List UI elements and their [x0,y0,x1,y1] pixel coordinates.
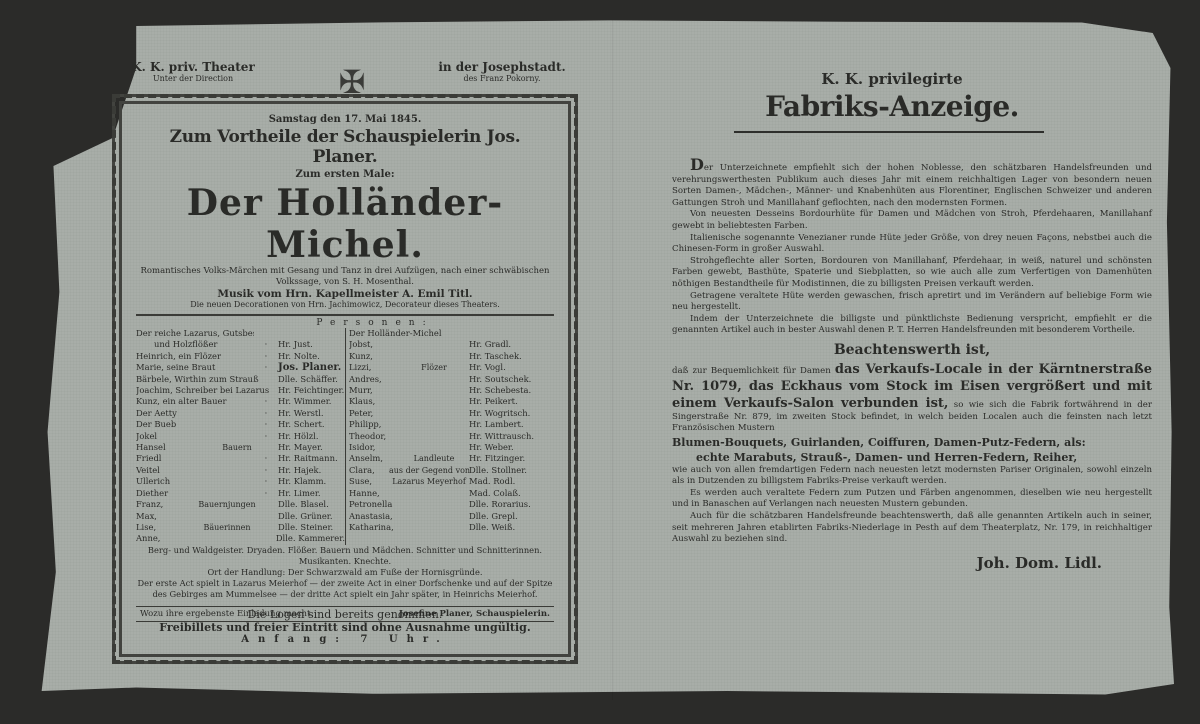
feathers-line-1: Blumen-Bouquets, Guirlanden, Coiffuren, … [672,435,1152,450]
actor: Dlle. Weiß. [469,522,515,533]
group-label [399,442,469,453]
cast-row: Anselm,LandleuteHr. Fitzinger. [349,453,554,464]
role: Der Bueb [136,419,254,430]
group-label [399,339,469,350]
cast-row: Suse,Lazarus MeyerhofMad. Rodl. [349,476,554,487]
cast-row: HanselBauernHr. Mayer. [136,442,345,453]
group-label [399,488,469,499]
play-subtitle: Romantisches Volks-Märchen mit Gesang un… [136,266,554,288]
role: Joachim, Schreiber bei Lazarus [136,385,278,396]
role: Hanne, [349,488,399,499]
paragraph: wie auch von allen fremdartigen Federn n… [672,465,1152,488]
role: Friedl [136,453,254,464]
feathers-line-2: echte Marabuts, Strauß-, Damen- und Herr… [672,450,1152,465]
ditto: · [254,465,278,476]
actor: Hr. Hajek. [278,465,321,476]
playbill-header: K. K. priv. Theater Unter der Direction … [108,60,582,96]
cast-row: Friedl·Hr. Raitmann. [136,453,345,464]
group-label [399,522,469,533]
paragraph: Der Unterzeichnete empfiehlt sich der ho… [672,159,1152,209]
paragraph: Auch für die schätzbaren Handelsfreunde … [672,511,1152,546]
actor: Hr. Klamm. [278,476,326,487]
cast-row: Max,Dlle. Grüner. [136,511,345,522]
ad-signature: Joh. Dom. Lidl. [672,554,1102,572]
title-rule [734,131,1044,133]
cast-column-right: Der Holländer-Michel Jobst,Hr. Gradl. Ku… [345,328,554,545]
cast-row: Der Holländer-Michel [349,328,554,339]
role: Diether [136,488,254,499]
ad-privilege-line: K. K. privilegirte [632,70,1152,88]
cast-row: Theodor,Hr. Wittrausch. [349,431,554,442]
role: Lise, [136,522,176,533]
paragraph-text: er Unterzeichnete empfiehlt sich der hoh… [672,163,1152,208]
performance-date: Samstag den 17. Mai 1845. [136,114,554,125]
cast-row: Veitel·Hr. Hajek. [136,465,345,476]
group-label: Bauernjungen [176,499,278,510]
paragraph: Italienische sogenannte Venezianer runde… [672,233,1152,256]
actor: Hr. Peikert. [469,396,518,407]
music-credit: Musik vom Hrn. Kapellmeister A. Emil Tit… [136,288,554,300]
ditto: · [254,476,278,487]
acts-description: Der erste Act spielt in Lazarus Meierhof… [136,578,554,600]
ornamental-border: Samstag den 17. Mai 1845. Zum Vortheile … [112,94,578,664]
cast-heading: Personen: [196,318,554,328]
role: Isidor, [349,442,399,453]
cast-row: Jokel·Hr. Hölzl. [136,431,345,442]
role: Anne, [136,533,276,544]
actor: Dlle. Rorarius. [469,499,531,510]
center-fold [612,20,613,700]
role: Der Holländer-Michel [349,328,549,339]
cast-row: Clara,aus der Gegend vonDlle. Stollner. [349,465,554,476]
cast-row: Lizzi,FlözerHr. Vogl. [349,362,554,373]
ditto: · [254,431,278,442]
playbill-footer: Die Logen sind bereits genommen. Freibil… [108,608,582,645]
extras-list: Berg- und Waldgeister. Dryaden. Flößer. … [136,545,554,567]
cast-column-left: Der reiche Lazarus, Gutsbesitzer und Hol… [136,328,345,545]
actor: Dlle. Steiner. [278,522,333,533]
cast-row: Lise,BäuerinnenDlle. Steiner. [136,522,345,533]
cast-row: Isidor,Hr. Weber. [349,442,554,453]
theatre-name-left: K. K. priv. Theater Unter der Direction [118,60,268,83]
setting-line: Ort der Handlung: Der Schwarzwald am Fuß… [136,567,554,578]
paragraph: Indem der Unterzeichnete die billigste u… [672,314,1152,337]
theatre-name-right: in der Josephstadt. des Franz Pokorny. [422,60,582,83]
play-title: Der Holländer-Michel. [136,182,554,266]
actor: Dlle. Kammerer. [276,533,345,544]
actor: Hr. Raitmann. [278,453,338,464]
direction-label: Unter der Direction [118,74,268,83]
role: Der reiche Lazarus, Gutsbesitzer [136,328,254,339]
cast-row: Kunz, ein alter Bauer·Hr. Wimmer. [136,396,345,407]
role: Andres, [349,374,399,385]
notice-heading: Beachtenswerth ist, [672,345,1152,357]
playbill-body: Samstag den 17. Mai 1845. Zum Vortheile … [136,114,554,622]
ditto: · [254,488,278,499]
role: Kunz, ein alter Bauer [136,396,254,407]
notice-intro: daß zur Bequemlichkeit für Damen [672,366,831,376]
ditto: · [254,339,278,350]
actor: Mad. Colaß. [469,488,521,499]
actor: Hr. Gradl. [469,339,511,350]
role: Anastasia, [349,511,399,522]
cast-row: PetronellaDlle. Rorarius. [349,499,554,510]
role: Heinrich, ein Flözer [136,351,254,362]
role: Anselm, [349,453,399,464]
actor: Hr. Feichtinger. [278,385,344,396]
role: Franz, [136,499,176,510]
notice-paragraph: daß zur Bequemlichkeit für Damen das Ver… [672,361,1152,435]
group-label [399,419,469,430]
ditto: · [254,351,278,362]
group-label: Bäuerinnen [176,522,278,533]
paragraph: Von neuesten Desseins Bordourhüte für Da… [672,209,1152,232]
ditto: · [254,362,278,373]
group-label [399,374,469,385]
role: Katharina, [349,522,399,533]
role: Petronella [349,499,399,510]
role: Suse, [349,476,389,487]
role: Kunz, [349,351,399,362]
benefit-line: Zum Vortheile der Schauspielerin Jos. Pl… [136,127,554,167]
ditto: · [254,396,278,407]
group-label [399,431,469,442]
ad-title: Fabriks-Anzeige. [632,90,1152,123]
cast-row: Der Aetty·Hr. Werstl. [136,408,345,419]
group-label [399,385,469,396]
role: Ullerich [136,476,254,487]
paragraph: Getragene veraltete Hüte werden gewasche… [672,291,1152,314]
theatre-location: in der Josephstadt. [422,60,582,74]
paragraph: Es werden auch veraltete Federn zum Putz… [672,488,1152,511]
drop-cap: D [690,155,704,174]
cast-row: Jobst,Hr. Gradl. [349,339,554,350]
role: Der Aetty [136,408,254,419]
role: Clara, [349,465,389,476]
actor: Hr. Mayer. [278,442,323,453]
role: Philipp, [349,419,399,430]
actor: Hr. Werstl. [278,408,324,419]
premiere-note: Zum ersten Male: [136,169,554,180]
boxes-notice: Die Logen sind bereits genommen. [108,608,582,621]
actor: Dlle. Schäffer. [278,374,338,385]
actor: Hr. Hölzl. [278,431,319,442]
cast-row: Andres,Hr. Soutschek. [349,374,554,385]
cast-row: Diether·Hr. Limer. [136,488,345,499]
tickets-notice: Freibillets und freier Eintritt sind ohn… [108,621,582,634]
playbill-page: K. K. priv. Theater Unter der Direction … [108,60,582,660]
cast-row: Franz,BauernjungenDlle. Blasel. [136,499,345,510]
group-label [399,511,469,522]
group-label: Bauern [196,442,278,453]
cast-row: Ullerich·Hr. Klamm. [136,476,345,487]
actor: Hr. Fitzinger. [469,453,525,464]
cast-list: Der reiche Lazarus, Gutsbesitzer und Hol… [136,328,554,545]
start-time: Anfang: 7 Uhr. [108,634,582,645]
actor: Mad. Rodl. [469,476,515,487]
actor: Dlle. Blasel. [278,499,329,510]
ditto: · [254,453,278,464]
actor: Hr. Weber. [469,442,514,453]
divider [136,314,554,316]
role: Lizzi, [349,362,399,373]
role: Murr, [349,385,399,396]
actor: Hr. Just. [278,339,313,350]
cast-row: Marie, seine Braut·Jos. Planer. [136,362,345,373]
actor: Hr. Limer. [278,488,321,499]
actor: Dlle. Stollner. [469,465,527,476]
role: Bärbele, Wirthin zum Strauß [136,374,278,385]
actor: Hr. Lambert. [469,419,524,430]
actor: Hr. Wogritsch. [469,408,530,419]
cast-row: Anastasia,Dlle. Grepl. [349,511,554,522]
role: und Holzflößer [136,339,254,350]
role: Theodor, [349,431,399,442]
role: Marie, seine Braut [136,362,254,373]
cast-row: Heinrich, ein Flözer·Hr. Nolte. [136,351,345,362]
group-label: Flözer [399,362,469,373]
actor: Hr. Taschek. [469,351,522,362]
cast-row: Klaus,Hr. Peikert. [349,396,554,407]
actor: Hr. Schebesta. [469,385,531,396]
cast-row: Bärbele, Wirthin zum StraußDlle. Schäffe… [136,374,345,385]
ditto: · [254,408,278,419]
cast-row: Joachim, Schreiber bei LazarusHr. Feicht… [136,385,345,396]
actor: Hr. Soutschek. [469,374,531,385]
decorations-credit: Die neuen Decorationen von Hrn. Jachimow… [136,300,554,309]
theatre-label: K. K. priv. Theater [118,60,268,74]
role: Klaus, [349,396,399,407]
role: Hansel [136,442,196,453]
cast-row: und Holzflößer·Hr. Just. [136,339,345,350]
cast-row: Hanne,Mad. Colaß. [349,488,554,499]
cast-row: Peter,Hr. Wogritsch. [349,408,554,419]
actor: Dlle. Grepl. [469,511,518,522]
group-label [399,396,469,407]
role: Max, [136,511,278,522]
cast-row: Katharina,Dlle. Weiß. [349,522,554,533]
cast-row: Der reiche Lazarus, Gutsbesitzer [136,328,345,339]
actor: Hr. Wittrausch. [469,431,534,442]
group-label: aus der Gegend von [389,465,469,476]
group-label: Lazarus Meyerhof [389,476,469,487]
role: Veitel [136,465,254,476]
ad-body: Der Unterzeichnete empfiehlt sich der ho… [672,159,1152,546]
cast-row: Anne,Dlle. Kammerer. [136,533,345,544]
actor: Hr. Nolte. [278,351,320,362]
role: Peter, [349,408,399,419]
cast-row: Philipp,Hr. Lambert. [349,419,554,430]
role: Jokel [136,431,254,442]
group-label [399,408,469,419]
director-name: des Franz Pokorny. [422,74,582,83]
advertisement-page: K. K. privilegirte Fabriks-Anzeige. Der … [672,70,1152,572]
group-label [399,351,469,362]
actor: Dlle. Grüner. [278,511,333,522]
cast-row: Kunz,Hr. Taschek. [349,351,554,362]
cast-row: Murr,Hr. Schebesta. [349,385,554,396]
actor: Hr. Vogl. [469,362,506,373]
paragraph: Strohgeflechte aller Sorten, Bordouren v… [672,256,1152,291]
actor: Hr. Schert. [278,419,325,430]
group-label [399,499,469,510]
group-label: Landleute [399,453,469,464]
ditto: · [254,419,278,430]
cast-row: Der Bueb·Hr. Schert. [136,419,345,430]
actor: Hr. Wimmer. [278,396,331,407]
actor: Jos. Planer. [278,362,341,373]
role: Jobst, [349,339,399,350]
